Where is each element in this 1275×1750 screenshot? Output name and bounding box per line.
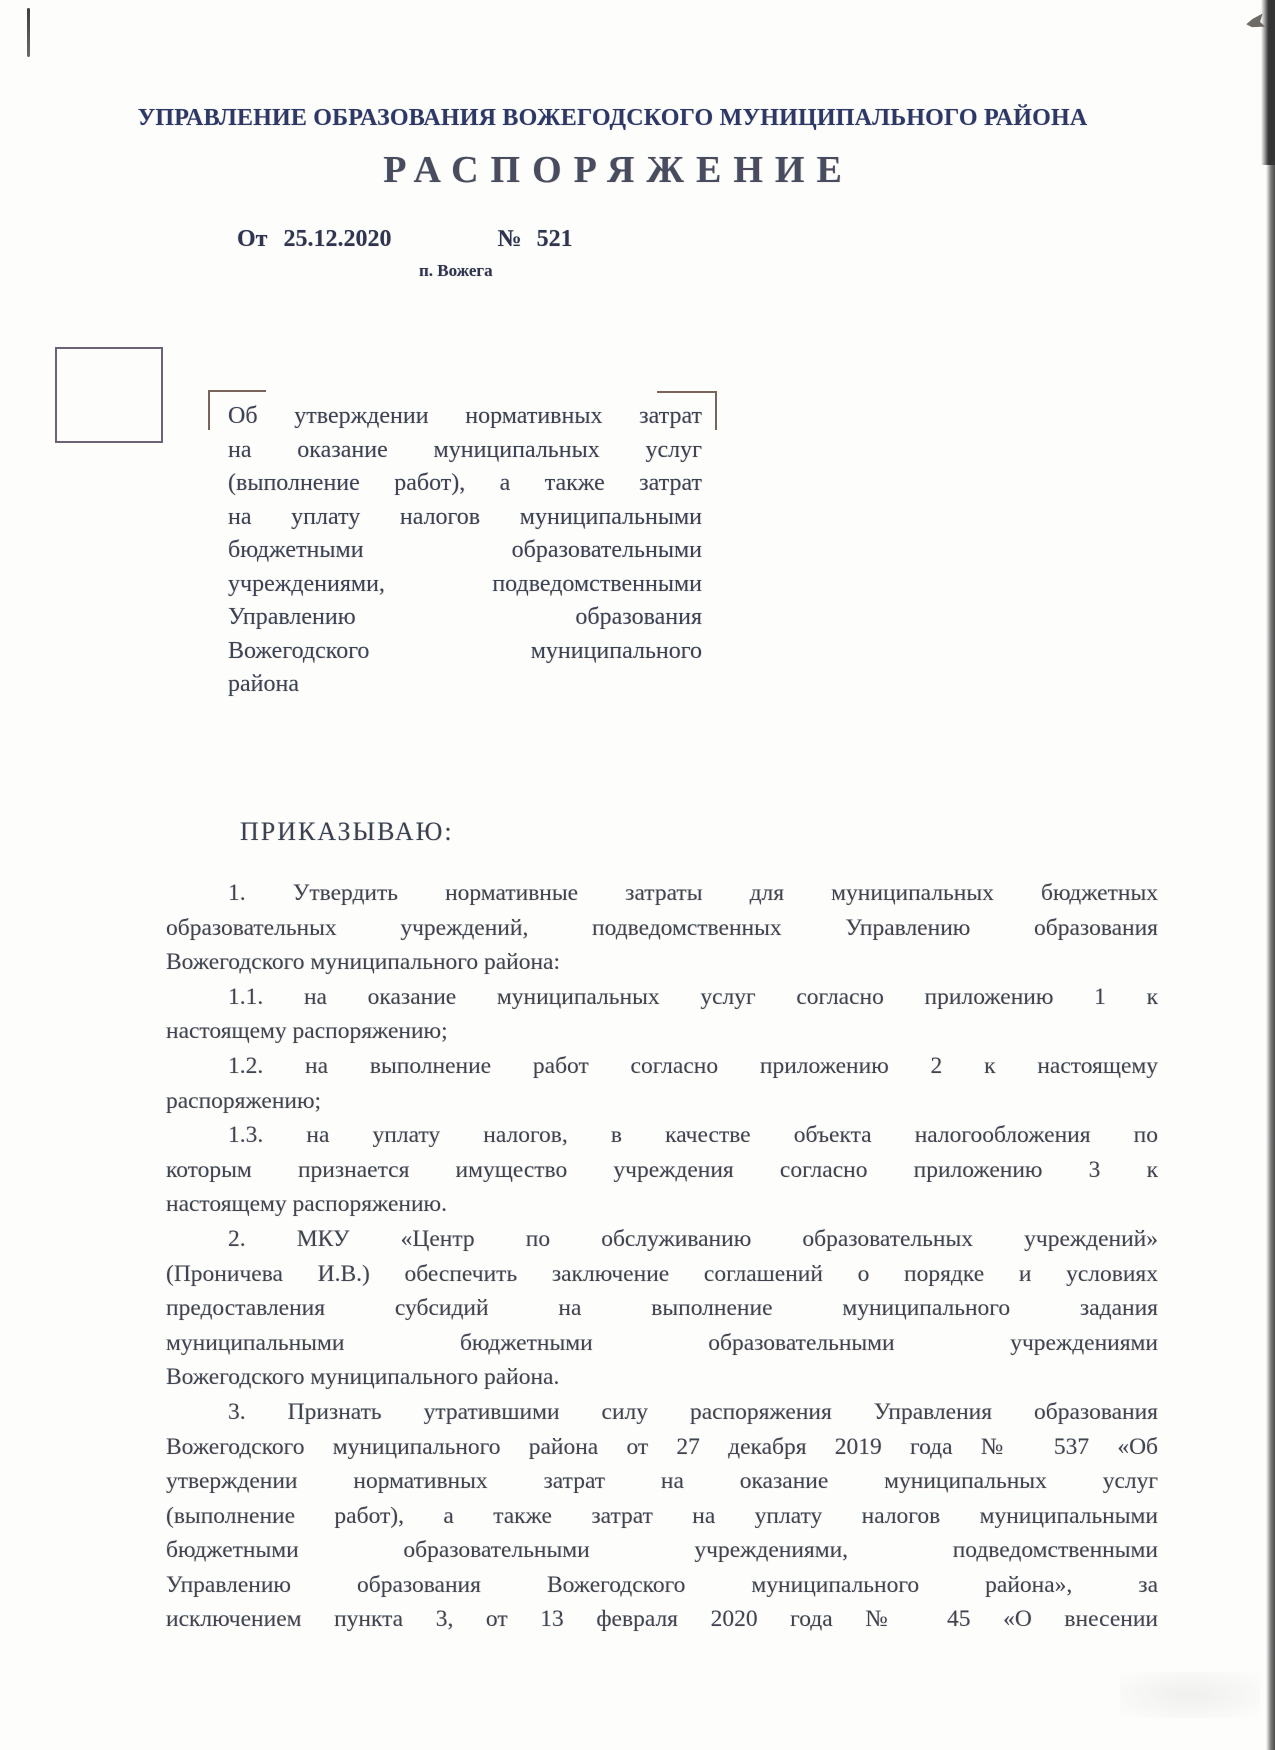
order-item-1-1: 1.1. на оказание муниципальных услуг сог…	[166, 980, 1158, 1049]
text-line: образовательных учреждений, подведомстве…	[166, 911, 1158, 946]
text-line: 1.3. на уплату налогов, в качестве объек…	[166, 1118, 1158, 1153]
text-line: 2. МКУ «Центр по обслуживанию образовате…	[166, 1222, 1158, 1257]
text-line: Об утверждении нормативных затрат	[228, 400, 702, 434]
order-item-1-3: 1.3. на уплату налогов, в качестве объек…	[166, 1118, 1158, 1222]
date-number-row: От25.12.2020№521	[237, 226, 573, 253]
text-line: настоящему распоряжению.	[166, 1187, 1158, 1222]
text-line: настоящему распоряжению;	[166, 1014, 1158, 1049]
place-name: п. Вожега	[419, 261, 493, 281]
text-line: 1.1. на оказание муниципальных услуг сог…	[166, 980, 1158, 1015]
text-line: утверждении нормативных затрат на оказан…	[166, 1464, 1158, 1499]
empty-stamp-box	[55, 347, 163, 443]
text-line: 1.2. на выполнение работ согласно прилож…	[166, 1049, 1158, 1084]
order-heading: ПРИКАЗЫВАЮ:	[240, 817, 454, 847]
text-line: Вожегодского муниципального	[228, 635, 702, 669]
scan-edge-shadow	[1266, 0, 1275, 1750]
order-item-2: 2. МКУ «Центр по обслуживанию образовате…	[166, 1222, 1158, 1395]
document-type-title: РАСПОРЯЖЕНИЕ	[110, 148, 1115, 192]
text-line: распоряжению;	[166, 1084, 1158, 1119]
text-line: бюджетными образовательными учреждениями…	[166, 1533, 1158, 1568]
text-line: (выполнение работ), а также затрат на уп…	[166, 1499, 1158, 1534]
text-line: района	[228, 668, 702, 702]
text-line: бюджетными образовательными	[228, 534, 702, 568]
text-line: 3. Признать утратившими силу распоряжени…	[166, 1395, 1158, 1430]
text-line: на оказание муниципальных услуг	[228, 434, 702, 468]
text-line: Управлению образования Вожегодского муни…	[166, 1568, 1158, 1603]
scanned-document-page: УПРАВЛЕНИЕ ОБРАЗОВАНИЯ ВОЖЕГОДСКОГО МУНИ…	[0, 0, 1275, 1750]
text-line: Вожегодского муниципального района от 27…	[166, 1430, 1158, 1465]
subject-block: Об утверждении нормативных затратна оказ…	[228, 400, 702, 702]
text-line: предоставления субсидий на выполнение му…	[166, 1291, 1158, 1326]
text-line: муниципальными бюджетными образовательны…	[166, 1326, 1158, 1361]
text-line: (выполнение работ), а также затрат	[228, 467, 702, 501]
text-line: (Проничева И.В.) обеспечить заключение с…	[166, 1257, 1158, 1292]
number-value: 521	[537, 226, 573, 252]
text-line: Вожегодского муниципального района:	[166, 945, 1158, 980]
text-line: 1. Утвердить нормативные затраты для мун…	[166, 876, 1158, 911]
date-label: От	[237, 226, 267, 252]
scan-faint-smudge	[1120, 1672, 1260, 1718]
scan-edge-shadow-top	[1261, 0, 1275, 165]
text-line: Вожегодского муниципального района.	[166, 1360, 1158, 1395]
text-line: Управлению образования	[228, 601, 702, 635]
order-item-1: 1. Утвердить нормативные затраты для мун…	[166, 876, 1158, 980]
number-label: №	[497, 226, 521, 252]
organization-name: УПРАВЛЕНИЕ ОБРАЗОВАНИЯ ВОЖЕГОДСКОГО МУНИ…	[60, 105, 1165, 132]
scan-fold-mark	[27, 8, 30, 57]
text-line: на уплату налогов муниципальными	[228, 501, 702, 535]
order-item-3: 3. Признать утратившими силу распоряжени…	[166, 1395, 1158, 1637]
document-body: 1. Утвердить нормативные затраты для мун…	[166, 876, 1158, 1637]
text-line: исключением пункта 3, от 13 февраля 2020…	[166, 1602, 1158, 1637]
text-line: учреждениями, подведомственными	[228, 568, 702, 602]
order-item-1-2: 1.2. на выполнение работ согласно прилож…	[166, 1049, 1158, 1118]
text-line: которым признается имущество учреждения …	[166, 1153, 1158, 1188]
date-value: 25.12.2020	[283, 226, 391, 252]
